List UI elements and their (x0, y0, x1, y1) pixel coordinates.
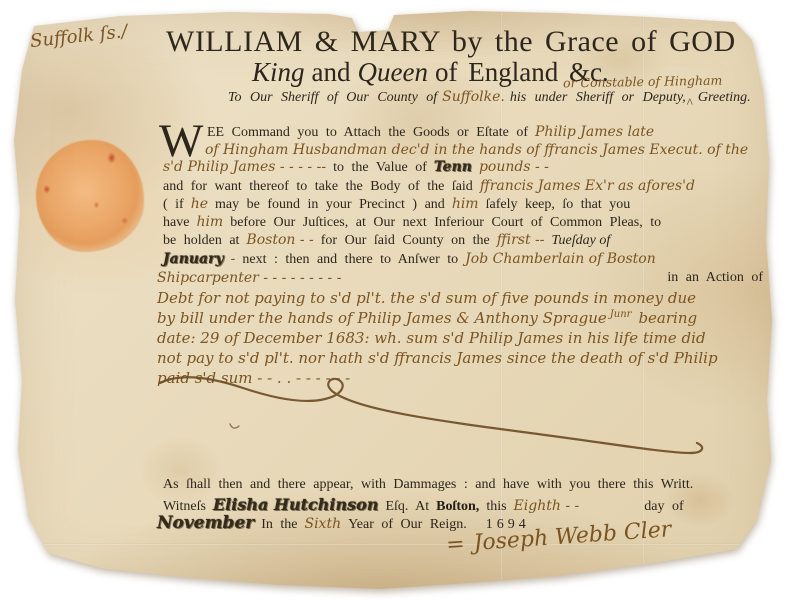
body-line: Shipcarpenter - - - - - - - - -in an Act… (157, 270, 763, 287)
parchment-wrap: Suffolk ſs./ WILLIAM & MARY by the Grace… (0, 0, 790, 600)
body-line: Debt for not paying to s'd pl't. the s'd… (157, 289, 696, 308)
body-line: January-next : then and there to Anſwer … (163, 251, 656, 269)
body-line: date: 29 of December 1683: wh. sum s'd P… (157, 329, 706, 348)
body-line: ( ifhemay be found in your Precinct ) an… (163, 196, 630, 214)
drop-cap: W (159, 118, 203, 165)
body-line: and for want thereof to take the Body of… (163, 178, 695, 196)
body-line: be holden atBoston - -for Our ſaid Count… (163, 232, 610, 250)
body-line: s'd Philip James - - - - --to the Value … (163, 159, 549, 177)
parchment-document: Suffolk ſs./ WILLIAM & MARY by the Grace… (0, 0, 790, 600)
caret-mark: ^ (687, 95, 693, 111)
closing-line: As ſhall then and there appear, with Dam… (163, 477, 693, 494)
wax-seal (36, 140, 144, 252)
body-line: by bill under the hands of Philip James … (157, 309, 697, 328)
body-line: EE Command you to Attach the Goods or Eſ… (207, 124, 654, 142)
body-line: paid s'd sum - - . . - - - - - - (157, 369, 350, 388)
salutation-line: To Our Sheriff of Our County ofSuffolke.… (228, 89, 751, 107)
body-line: havehimbefore Our Juſtices, at Our next … (163, 214, 661, 232)
royal-title-line: WILLIAM & MARY by the Grace of GOD (166, 24, 736, 60)
royal-subtitle-line: KingandQueenof England &c. (252, 56, 609, 88)
photo-background: Suffolk ſs./ WILLIAM & MARY by the Grace… (0, 0, 790, 600)
county-marginalia: Suffolk ſs./ (29, 21, 128, 53)
body-line: of Hingham Husbandman dec'd in the hands… (205, 142, 748, 160)
body-line: not pay to s'd pl't. nor hath s'd ffranc… (157, 349, 718, 368)
